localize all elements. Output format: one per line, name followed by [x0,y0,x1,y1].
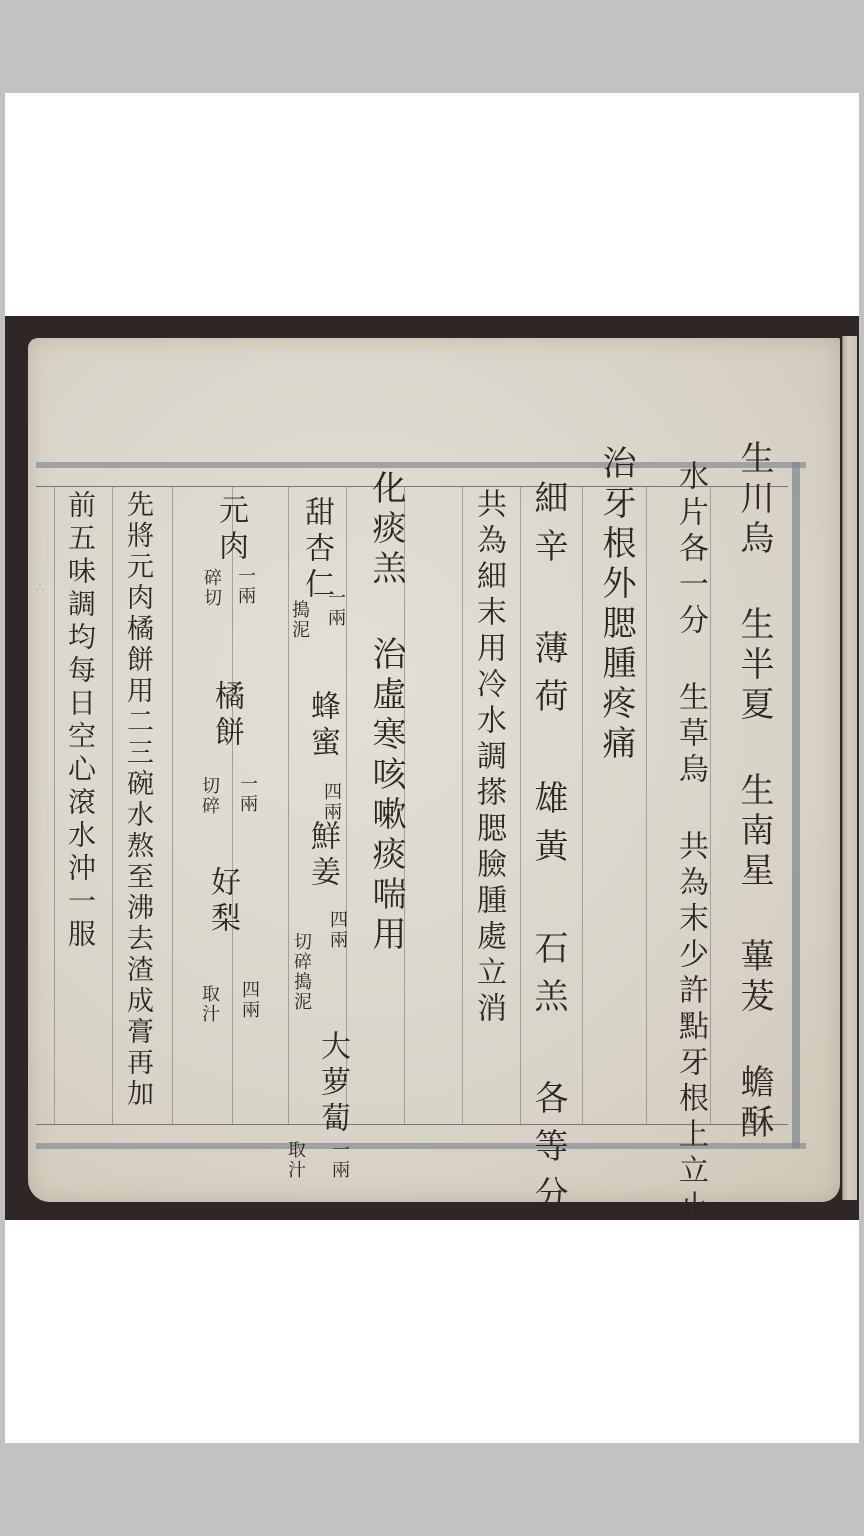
text-column-2: 水片各一分 生草烏 共為末少許點牙根上立止 [668,460,712,1226]
column-rule [646,486,647,1124]
page-fold-edge [842,336,857,1200]
column-rule [172,486,173,1124]
ingredient-radish-note: 取汁 [282,1140,308,1180]
text-column-1: 生川烏 生半夏 生南星 蓽茇 蟾酥 [730,440,779,1144]
ingredient-almond-note: 搗泥 [286,600,312,640]
ingredient-pear-qty: 四兩 [236,980,262,1020]
text-column-9: 先將元肉橘餅用二三碗水熬至沸去渣成膏再加 [118,490,157,1110]
text-column-3-heading: 治牙根外腮腫疼痛 [592,445,641,765]
ingredient-longan: 元肉 [208,494,252,566]
column-rule [582,486,583,1124]
ingredient-orange-cake-note: 切碎 [196,776,222,816]
column-rule [112,486,113,1124]
column-rule [346,486,347,1124]
ingredient-ginger-qty: 四兩 [324,910,350,950]
ingredient-longan-qty: 一兩 [232,566,258,606]
ingredient-ginger-note: 切碎搗泥 [288,932,314,1012]
column-rule [520,486,521,1124]
faded-margin-stamp: ∴ [32,580,48,596]
ingredient-orange-cake: 橘餅 [204,680,248,752]
ingredient-honey-qty: 四兩 [318,782,344,822]
ingredient-radish-qty: 一兩 [326,1140,352,1180]
column-rule [54,486,55,1124]
column-rule [288,486,289,1124]
ingredient-orange-cake-qty: 一兩 [234,774,260,814]
ingredient-pear: 好梨 [200,866,244,938]
column-rule [462,486,463,1124]
frame-border-right [792,462,800,1148]
ingredient-honey: 蜂蜜 [300,690,344,762]
text-column-6-heading: 化痰羔 治虛寒咳嗽痰喘用 [362,470,411,956]
text-column-4: 細辛 薄荷 雄黃 石羔 各等分 [524,480,573,1224]
text-column-10: 前五味調均每日空心滾水沖一服 [60,490,100,952]
ingredient-longan-note: 碎切 [198,568,224,608]
ingredient-ginger: 鮮姜 [300,820,344,892]
ingredient-almond-qty: 一兩 [322,588,348,628]
ingredient-radish: 大萝蔔 [310,1030,354,1138]
ingredient-pear-note: 取汁 [196,984,222,1024]
text-column-5: 共為細末用冷水調搽腮臉腫處立消 [466,488,510,1028]
